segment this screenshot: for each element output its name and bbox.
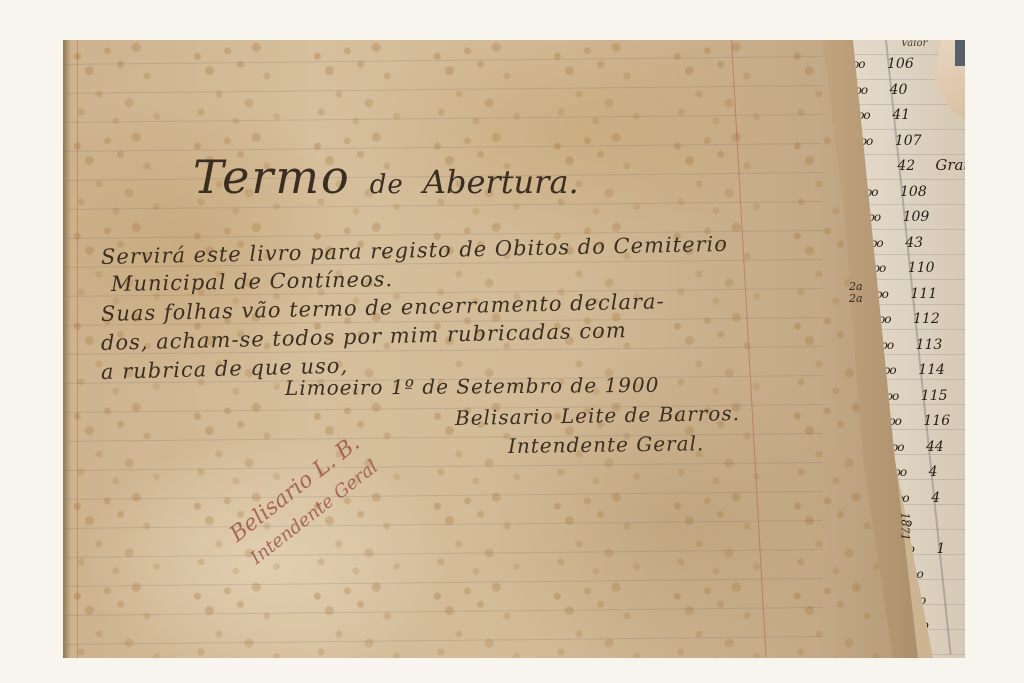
title-word-de: de	[370, 170, 404, 200]
ledger-num: 4	[929, 464, 965, 480]
body-line-2: Municipal de Contíneos.	[111, 267, 393, 296]
signature-name: Belisario Leite de Barros.	[455, 401, 740, 430]
title-word-termo: Termo	[193, 150, 351, 204]
side-note: 1871	[899, 513, 912, 541]
ledger-row: 42Grat	[851, 156, 965, 174]
ledger-num: 108	[900, 184, 938, 200]
ledger-num: 113	[916, 337, 954, 353]
ledger-num: 110	[908, 260, 946, 276]
signature-title: Intendente Geral.	[508, 431, 705, 458]
ledger-note: Grat	[935, 156, 965, 174]
ledger-num: 41	[892, 107, 930, 123]
ledger-num: 116	[923, 413, 961, 429]
ledger-num: 109	[903, 209, 941, 225]
ledger-num: 43	[905, 235, 943, 251]
page-edge-shadow	[63, 40, 71, 658]
ledger-num: 1	[936, 541, 965, 557]
ledger-num: 106	[887, 56, 925, 72]
title-word-abertura: Abertura.	[423, 163, 579, 201]
ledger-num: 111	[910, 286, 948, 302]
ledger-num: 112	[913, 311, 951, 327]
left-margin-line	[77, 40, 78, 658]
date-line: Limoeiro 1º de Setembro de 1900	[285, 373, 660, 400]
ledger-num: 4	[931, 490, 965, 506]
background-corner	[955, 40, 965, 66]
ledger-num: 115	[921, 388, 959, 404]
ledger-num: 107	[895, 133, 933, 149]
ledger-header: Valor	[901, 40, 927, 49]
side-note: 2a	[849, 292, 863, 305]
ledger-num: 40	[890, 82, 928, 98]
document-photograph: Termo de Abertura. Servirá este livro pa…	[63, 40, 965, 658]
ledger-num: 114	[918, 362, 956, 378]
ledger-num: 44	[926, 439, 964, 455]
page-title: Termo de Abertura.	[193, 150, 579, 204]
ledger-left-page: Termo de Abertura. Servirá este livro pa…	[63, 40, 903, 658]
ledger-num: 42	[897, 158, 935, 174]
